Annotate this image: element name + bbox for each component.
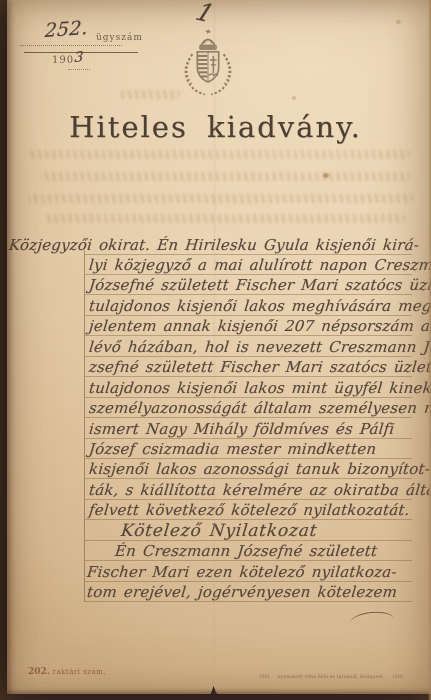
handwritten-line: személyazonosságát általam személyesen n…: [88, 398, 431, 418]
handwritten-line: tulajdonos kisjenői lakos meghívására me…: [88, 296, 431, 316]
handwritten-line: felvett következő kötelező nyilatkozatát…: [88, 500, 411, 520]
foxing-spot: [396, 20, 401, 24]
printer-imprint-text: nyomatott róna béla és társánál, budapes…: [278, 674, 385, 680]
year-handwritten: 3: [74, 49, 84, 66]
pen-flourish: [350, 610, 395, 623]
section-heading: Kötelező Nyilatkozat: [120, 521, 318, 541]
handwritten-line: kisjenői lakos azonossági tanuk bizonyít…: [88, 459, 431, 479]
stamp-underline: [20, 45, 122, 46]
handwritten-line: zsefné született Fischer Mari szatócs üz…: [88, 357, 431, 377]
printer-imprint-prefix: (50): [259, 674, 269, 680]
bleed-through-ghost-text: [28, 194, 413, 203]
handwritten-line: Fischer Mari ezen kötelező nyilatkoza-: [86, 562, 398, 582]
handwritten-line: lévő házában, hol is nevezett Creszmann …: [88, 337, 431, 357]
handwritten-line: tom erejével, jogérvényesen kötelezem: [86, 582, 398, 602]
scan-edge-left: [0, 0, 7, 700]
handwritten-line: tulajdonos kisjenői lakos mint ügyfél ki…: [88, 378, 431, 398]
bleed-through-ghost-text: [30, 150, 410, 159]
stock-number: 202.: [28, 667, 50, 677]
handwritten-line: ták, s kiállította kérelmére az okiratba…: [88, 480, 431, 500]
handwritten-line: jelentem annak kisjenői 207 népsorszám a…: [88, 316, 431, 336]
bleed-through-ghost-text: [45, 214, 405, 223]
hungarian-coat-of-arms-icon: [167, 27, 249, 111]
handwritten-line: ismert Nagy Mihály földmíves és Pálfi: [88, 419, 395, 439]
stock-number-imprint: 202. raktári szám.: [28, 667, 106, 677]
stamp-underline: [68, 69, 90, 70]
scanned-document-photo: 252. ügyszám 190 3 1 Hitele: [0, 0, 431, 700]
printer-imprint: (50) nyomatott róna béla és társánál, bu…: [256, 674, 394, 680]
handwritten-line: lyi közjegyző a mai alulírott napon Cres…: [88, 255, 431, 275]
foxing-spot: [323, 173, 329, 178]
bleed-through-ghost-text: [40, 172, 410, 181]
handwritten-line: Én Creszmann Józsefné született: [114, 541, 378, 561]
case-number: 252.: [44, 17, 89, 42]
handwritten-line: József csizmadia mester mindketten: [88, 439, 377, 459]
foxing-spot: [292, 96, 296, 100]
case-number-label: ügyszám: [96, 33, 143, 43]
scan-edge-bottom: [0, 694, 431, 700]
margin-rule: [84, 250, 85, 602]
stock-number-label: raktári szám.: [53, 668, 106, 676]
printer-imprint-suffix: (50): [393, 674, 403, 680]
handwritten-line: Józsefné született Fischer Mari szatócs …: [88, 275, 431, 295]
fold-crease: [214, 0, 216, 700]
year-printed: 190: [52, 55, 74, 66]
